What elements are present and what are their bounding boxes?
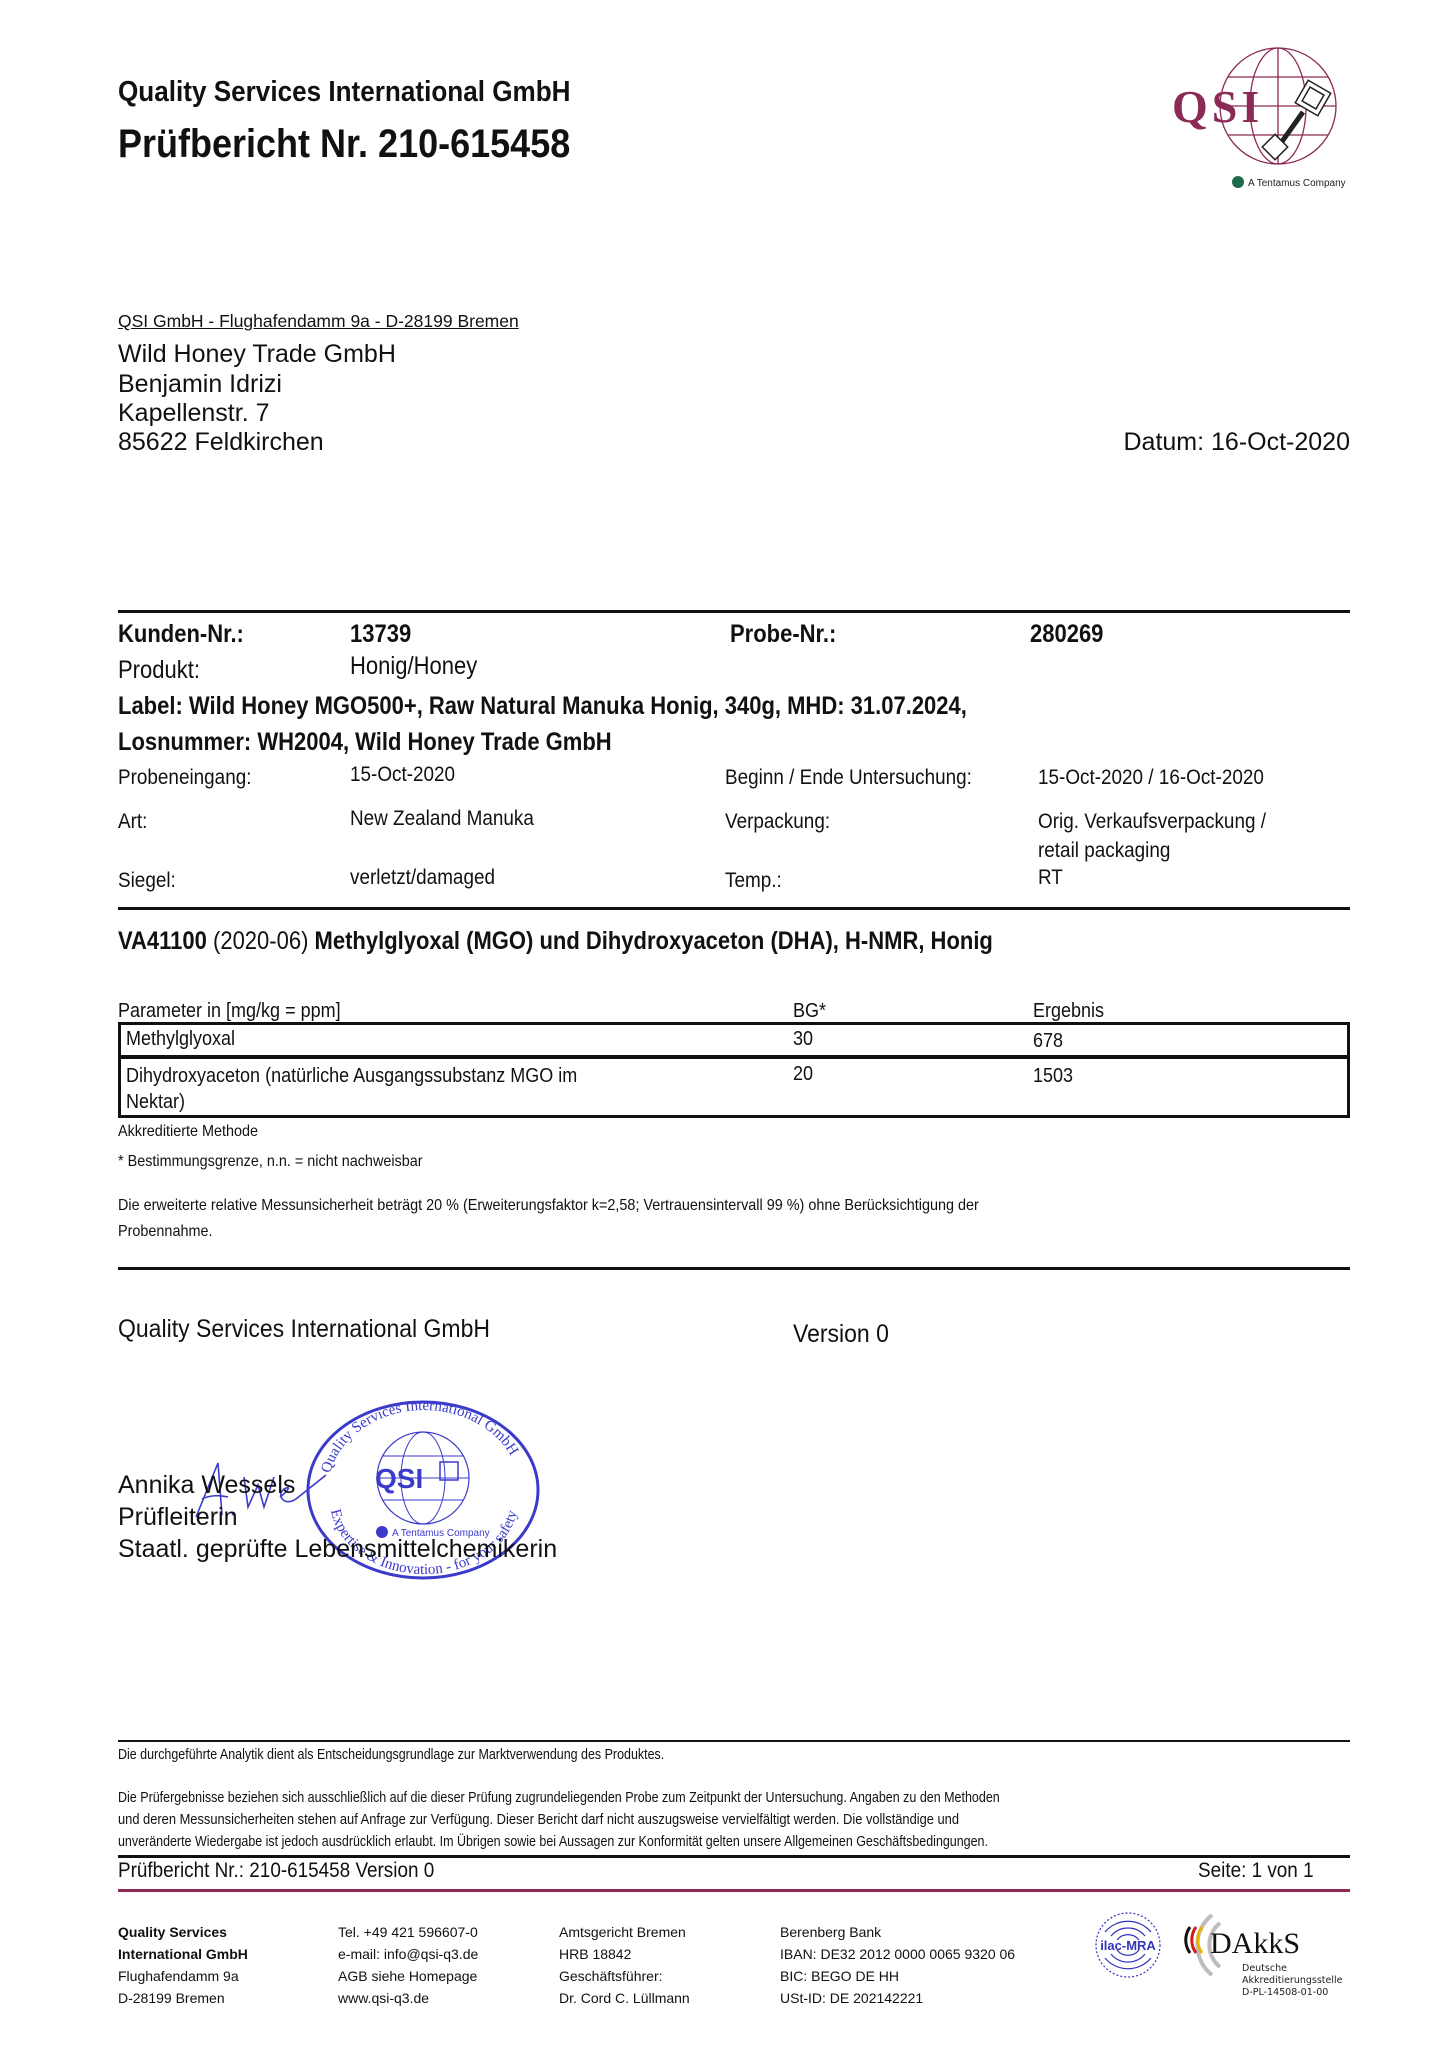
bg-cell: 20 xyxy=(793,1063,815,1086)
temp-label: Temp.: xyxy=(725,869,788,893)
footer-bank: Berenberg Bank xyxy=(780,1921,1015,1943)
divider xyxy=(118,610,1350,613)
result-cell: 678 xyxy=(1033,1030,1066,1053)
temp-value: RT xyxy=(1038,866,1066,890)
footer-vat-id: USt-ID: DE 202142221 xyxy=(780,1987,1015,2009)
ilac-mra-logo: ilac-MRA xyxy=(1093,1910,1163,1980)
sample-no-label: Probe-Nr.: xyxy=(730,620,851,649)
dakks-icon: DAkkS Deutsche Akkreditierungsstelle D-P… xyxy=(1172,1905,1352,2005)
parameter-cell: Methylglyoxal xyxy=(126,1028,247,1051)
disclaimer-line2: und deren Messunsicherheiten stehen auf … xyxy=(118,1812,1065,1828)
method-code: VA41100 xyxy=(118,927,207,955)
company-header: Quality Services International GmbH xyxy=(118,76,621,109)
footer-iban: IBAN: DE32 2012 0000 0065 9320 06 xyxy=(780,1943,1015,1965)
sender-address-line: QSI GmbH - Flughafendamm 9a - D-28199 Br… xyxy=(118,311,519,332)
column-header-bg: BG* xyxy=(793,1000,830,1023)
packaging-value-line2: retail packaging xyxy=(1038,839,1185,863)
divider xyxy=(118,1855,1350,1858)
footer-accent-divider xyxy=(118,1889,1350,1892)
dakks-logo: DAkkS Deutsche Akkreditierungsstelle D-P… xyxy=(1172,1905,1352,2005)
receipt-label: Probeneingang: xyxy=(118,766,266,790)
product-value: Honig/Honey xyxy=(350,652,495,681)
receipt-value: 15-Oct-2020 xyxy=(350,763,467,787)
footer-terms: AGB siehe Homepage xyxy=(338,1965,478,1987)
result-cell: 1503 xyxy=(1033,1065,1078,1088)
footer-bank-column: Berenberg Bank IBAN: DE32 2012 0000 0065… xyxy=(780,1921,1015,2009)
footer-report-ref: Prüfbericht Nr.: 210-615458 Version 0 xyxy=(118,1859,469,1883)
product-label: Produkt: xyxy=(118,656,211,685)
footer-phone: Tel. +49 421 596607-0 xyxy=(338,1921,478,1943)
recipient-street: Kapellenstr. 7 xyxy=(118,399,270,428)
footer-company-name-2: International GmbH xyxy=(118,1943,248,1965)
svg-text:DAkkS: DAkkS xyxy=(1210,1927,1300,1960)
packaging-value-line1: Orig. Verkaufsverpackung / xyxy=(1038,810,1291,834)
svg-text:ilac-MRA: ilac-MRA xyxy=(1100,1938,1156,1953)
signing-company: Quality Services International GmbH xyxy=(118,1315,522,1344)
qsi-logo: QSI A Tentamus Company xyxy=(1150,40,1360,195)
signer-role: Prüfleiterin xyxy=(118,1503,238,1532)
product-label-line1: Label: Wild Honey MGO500+, Raw Natural M… xyxy=(118,692,1083,721)
column-header-result: Ergebnis xyxy=(1033,1000,1112,1023)
footer-company-column: Quality Services International GmbH Flug… xyxy=(118,1921,248,2009)
report-date: Datum: 16-Oct-2020 xyxy=(1124,428,1351,457)
report-version: Version 0 xyxy=(793,1320,897,1349)
uncertainty-note-line1: Die erweiterte relative Messunsicherheit… xyxy=(118,1197,1074,1215)
bg-cell: 30 xyxy=(793,1028,815,1051)
parameter-cell: Dihydroxyaceton (natürliche Ausgangssubs… xyxy=(126,1065,627,1088)
footer-md-name: Dr. Cord C. Lüllmann xyxy=(559,1987,690,2009)
svg-text:Akkreditierungsstelle: Akkreditierungsstelle xyxy=(1242,1975,1343,1986)
disclaimer-analytics: Die durchgeführte Analytik dient als Ent… xyxy=(118,1747,753,1763)
recipient-city: 85622 Feldkirchen xyxy=(118,428,324,457)
footer-street: Flughafendamm 9a xyxy=(118,1965,248,1987)
customer-no-label: Kunden-Nr.: xyxy=(118,620,261,649)
globe-key-icon: QSI A Tentamus Company xyxy=(1150,40,1360,195)
accredited-note: Akkreditierte Methode xyxy=(118,1123,274,1141)
footer-email[interactable]: e-mail: info@qsi-q3.de xyxy=(338,1943,478,1965)
ilac-mra-icon: ilac-MRA xyxy=(1093,1910,1163,1980)
footer-website[interactable]: www.qsi-q3.de xyxy=(338,1987,478,2009)
disclaimer-line3: unveränderte Wiedergabe ist jedoch ausdr… xyxy=(118,1834,1130,1850)
page-number: Seite: 1 von 1 xyxy=(1198,1859,1326,1883)
svg-text:A Tentamus Company: A Tentamus Company xyxy=(1248,178,1346,189)
seal-value: verletzt/damaged xyxy=(350,866,511,890)
divider xyxy=(118,1740,1350,1742)
recipient-company: Wild Honey Trade GmbH xyxy=(118,340,396,369)
method-title: Methylglyoxal (MGO) und Dihydroxyaceton … xyxy=(315,927,993,955)
method-heading: VA41100 (2020-06) Methylglyoxal (MGO) un… xyxy=(118,927,1112,956)
svg-text:QSI: QSI xyxy=(1172,81,1263,132)
divider xyxy=(118,1267,1350,1270)
footer-court: Amtsgericht Bremen xyxy=(559,1921,690,1943)
disclaimer-line1: Die Prüfergebnisse beziehen sich ausschl… xyxy=(118,1790,1141,1806)
column-header-parameter: Parameter in [mg/kg = ppm] xyxy=(118,1000,365,1023)
footer-company-name-1: Quality Services xyxy=(118,1921,248,1943)
divider xyxy=(118,907,1350,910)
footnote: * Bestimmungsgrenze, n.n. = nicht nachwe… xyxy=(118,1153,456,1171)
footer-hrb: HRB 18842 xyxy=(559,1943,690,1965)
svg-text:D-PL-14508-01-00: D-PL-14508-01-00 xyxy=(1242,1987,1328,1998)
footer-bic: BIC: BEGO DE HH xyxy=(780,1965,1015,1987)
table-row: Methylglyoxal 30 678 xyxy=(118,1022,1350,1058)
method-version: (2020-06) xyxy=(213,927,308,955)
footer-city: D-28199 Bremen xyxy=(118,1987,248,2009)
footer-md-label: Geschäftsführer: xyxy=(559,1965,690,1987)
signer-name: Annika Wessels xyxy=(118,1471,295,1500)
type-label: Art: xyxy=(118,810,151,834)
signer-title: Staatl. geprüfte Lebensmittelchemikerin xyxy=(118,1535,557,1564)
customer-no: 13739 xyxy=(350,620,420,649)
exam-label: Beginn / Ende Untersuchung: xyxy=(725,766,999,790)
table-row: Dihydroxyaceton (natürliche Ausgangssubs… xyxy=(118,1056,1350,1118)
svg-text:QSI: QSI xyxy=(375,1463,423,1494)
exam-value: 15-Oct-2020 / 16-Oct-2020 xyxy=(1038,766,1289,790)
uncertainty-note-line2: Probennahme. xyxy=(118,1223,223,1241)
product-label-line2: Losnummer: WH2004, Wild Honey Trade GmbH xyxy=(118,728,679,757)
packaging-label: Verpackung: xyxy=(725,810,842,834)
parameter-cell-line2: Nektar) xyxy=(126,1091,192,1114)
svg-text:Deutsche: Deutsche xyxy=(1242,1963,1287,1974)
sample-no: 280269 xyxy=(1030,620,1113,649)
type-value: New Zealand Manuka xyxy=(350,807,554,831)
report-title: Prüfbericht Nr. 210-615458 xyxy=(118,122,620,167)
footer-registry-column: Amtsgericht Bremen HRB 18842 Geschäftsfü… xyxy=(559,1921,690,2009)
footer-contact-column: Tel. +49 421 596607-0 e-mail: info@qsi-q… xyxy=(338,1921,478,2009)
seal-label: Siegel: xyxy=(118,869,182,893)
recipient-person: Benjamin Idrizi xyxy=(118,370,282,399)
